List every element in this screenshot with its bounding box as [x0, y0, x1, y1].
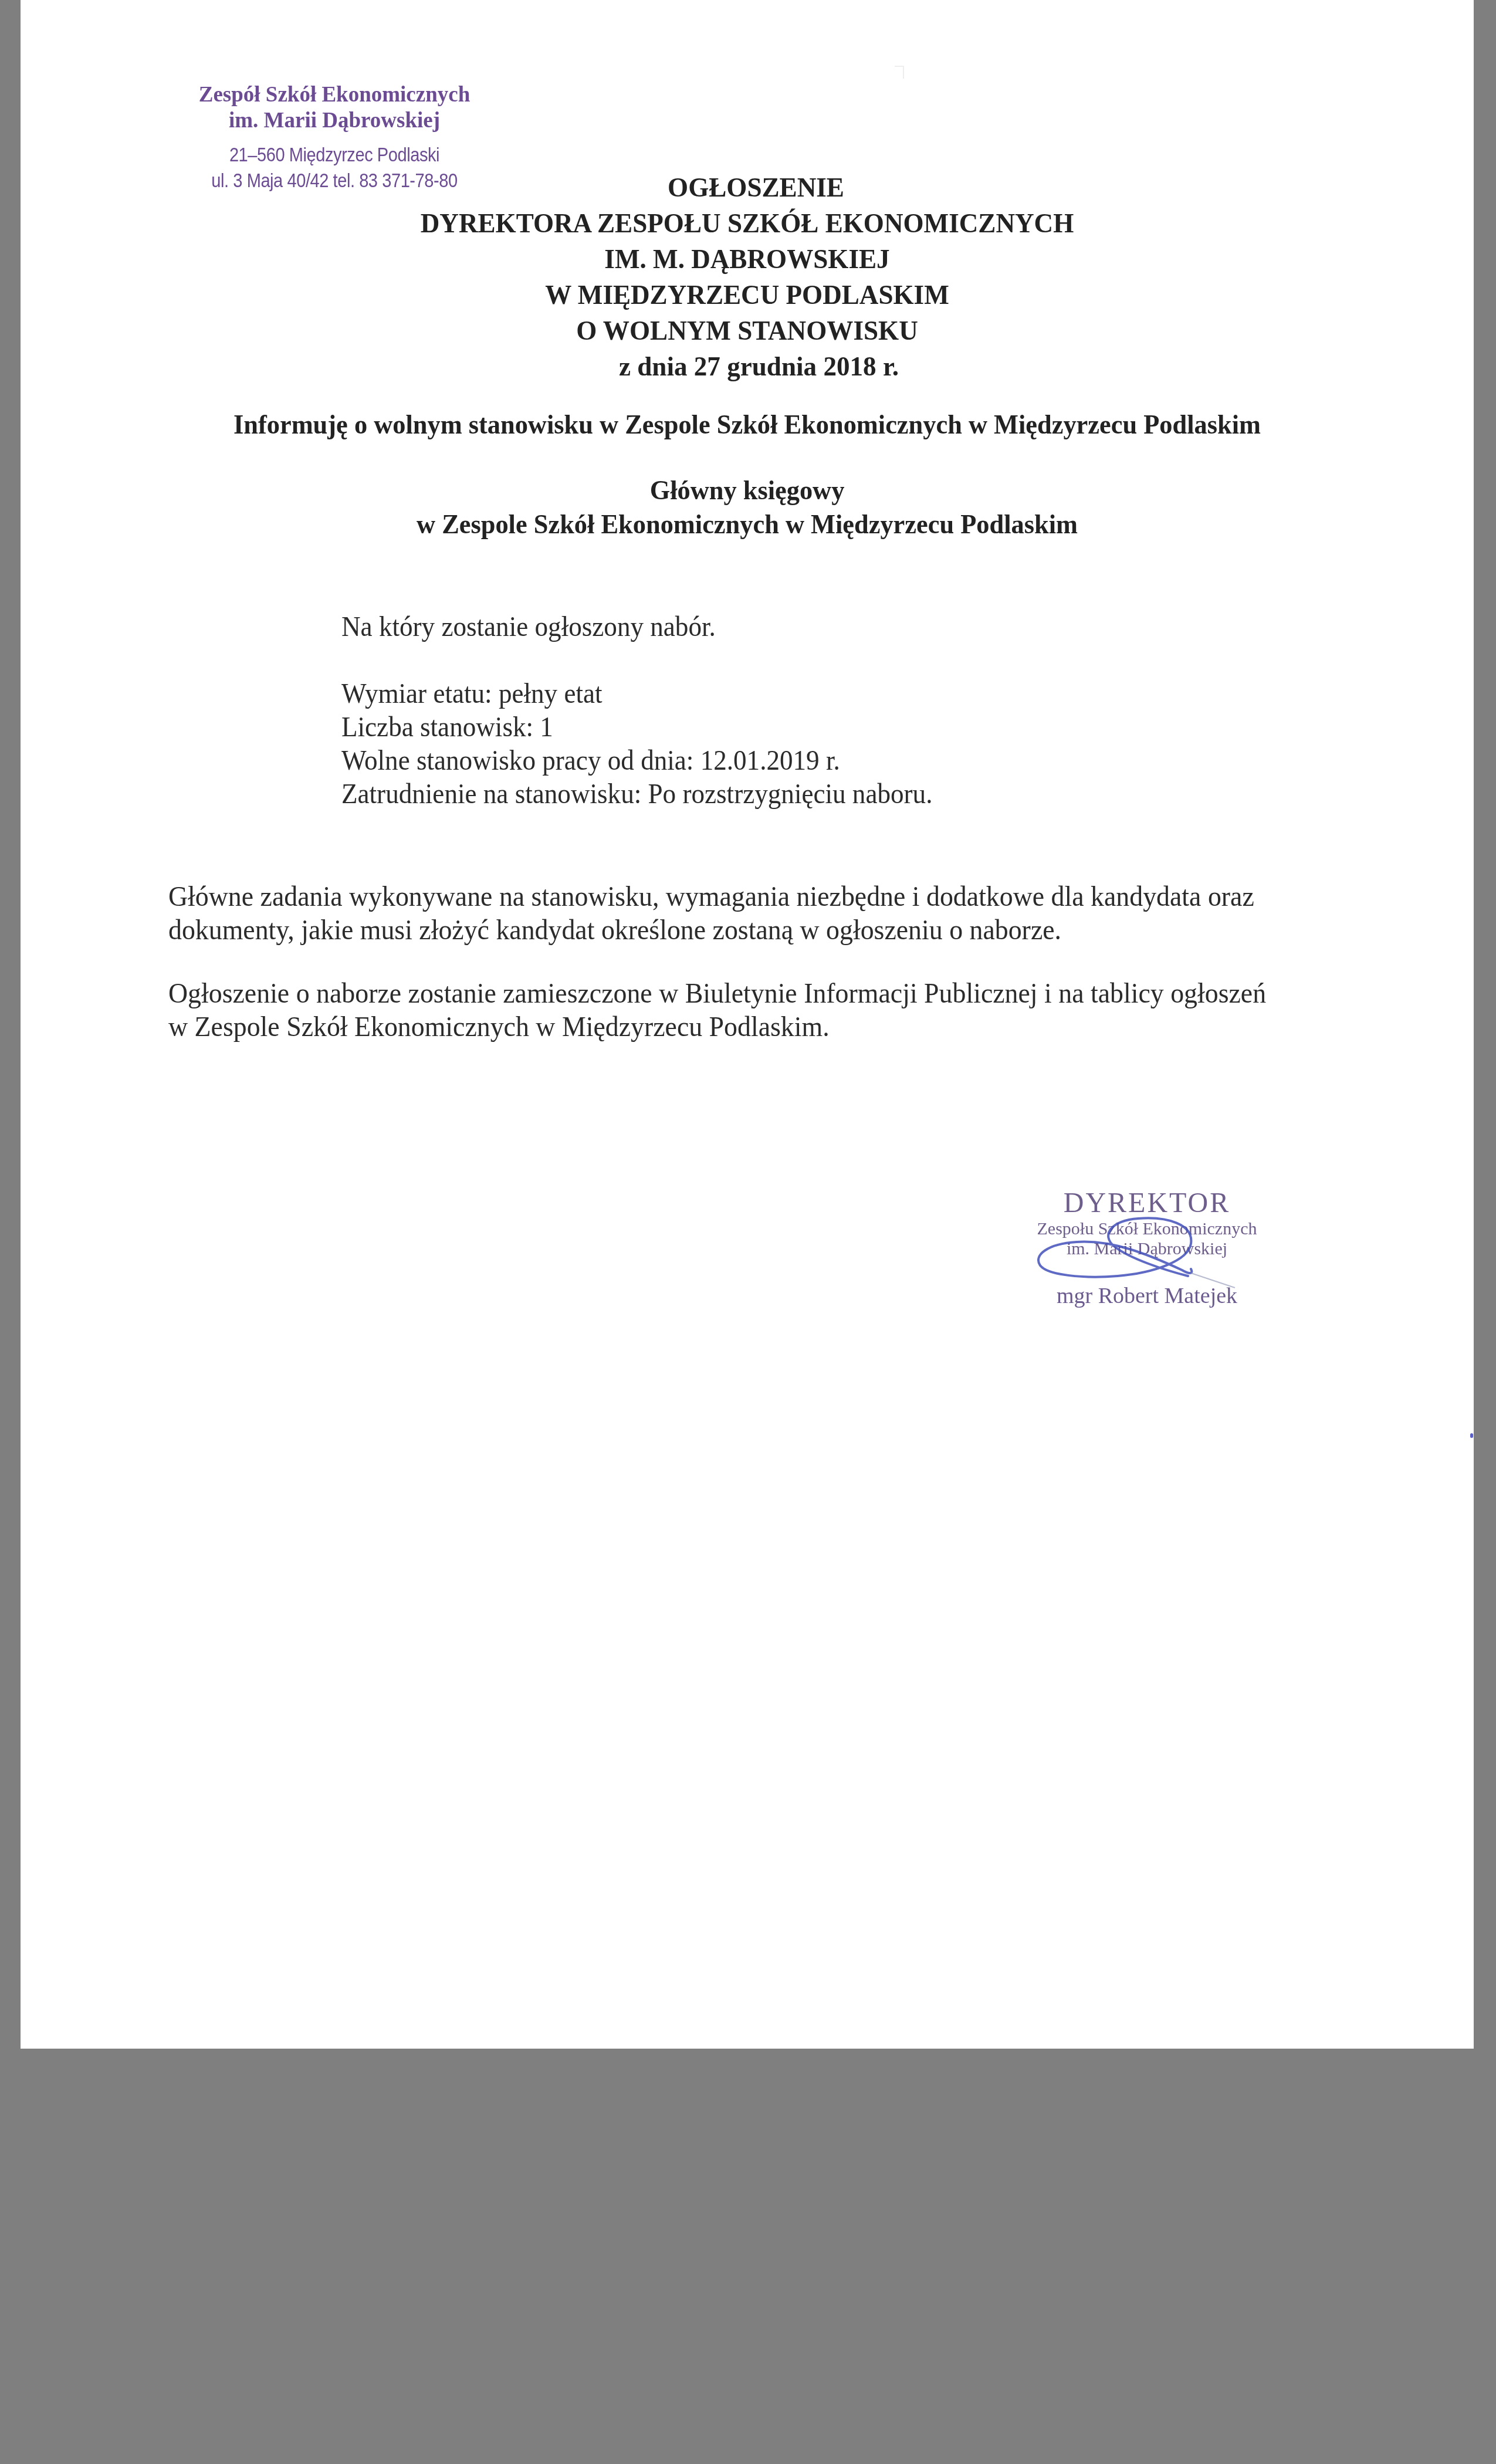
- paragraph-line: w Zespole Szkół Ekonomicznych w Międzyrz…: [168, 1010, 1266, 1044]
- detail-item: Zatrudnienie na stanowisku: Po rozstrzyg…: [341, 777, 932, 811]
- detail-item: Liczba stanowisk: 1: [341, 710, 932, 744]
- title-line: DYREKTORA ZESPOŁU SZKÓŁ EKONOMICZNYCH: [50, 206, 1445, 242]
- announcement-title: OGŁOSZENIE DYREKTORA ZESPOŁU SZKÓŁ EKONO…: [21, 170, 1474, 385]
- position-heading: Główny księgowy w Zespole Szkół Ekonomic…: [46, 473, 1448, 541]
- paragraph-publication: Ogłoszenie o naborze zostanie zamieszczo…: [168, 977, 1318, 1044]
- scan-mark: [895, 66, 904, 79]
- signatory-name: mgr Robert Matejek: [1012, 1283, 1282, 1309]
- title-line: OGŁOSZENIE: [67, 170, 1445, 206]
- paragraph-line: dokumenty, jakie musi złożyć kandydat ok…: [168, 913, 1254, 947]
- position-place: w Zespole Szkół Ekonomicznych w Międzyrz…: [46, 507, 1448, 541]
- signature-school: Zespołu Szkół Ekonomicznych: [1012, 1219, 1282, 1239]
- inform-line: Informuję o wolnym stanowisku w Zespole …: [46, 408, 1448, 442]
- title-line: IM. M. DĄBROWSKIEJ: [50, 242, 1445, 277]
- paragraph-requirements: Główne zadania wykonywane na stanowisku,…: [168, 880, 1305, 947]
- stamp-school-name: Zespół Szkół Ekonomicznych: [167, 82, 502, 108]
- signature-patron: im. Marii Dąbrowskiej: [1012, 1239, 1282, 1259]
- position-details: Na który zostanie ogłoszony nabór. Wymia…: [341, 610, 970, 811]
- title-line: W MIĘDZYRZECU PODLASKIM: [50, 277, 1445, 313]
- details-intro: Na który zostanie ogłoszony nabór.: [341, 610, 932, 644]
- document-page: Zespół Szkół Ekonomicznych im. Marii Dąb…: [21, 0, 1474, 2049]
- detail-item: Wymiar etatu: pełny etat: [341, 677, 932, 710]
- stamp-patron: im. Marii Dąbrowskiej: [167, 108, 502, 134]
- signature-stamp: DYREKTOR Zespołu Szkół Ekonomicznych im.…: [1012, 1188, 1282, 1323]
- ink-speck: [1470, 1433, 1473, 1438]
- announcement-date: z dnia 27 grudnia 2018 r.: [73, 349, 1446, 385]
- position-name: Główny księgowy: [46, 473, 1448, 507]
- paragraph-line: Ogłoszenie o naborze zostanie zamieszczo…: [168, 977, 1266, 1010]
- paragraph-line: Główne zadania wykonywane na stanowisku,…: [168, 880, 1254, 913]
- detail-item: Wolne stanowisko pracy od dnia: 12.01.20…: [341, 744, 932, 777]
- stamp-city: 21–560 Międzyrzec Podlaski: [187, 142, 482, 168]
- signature-title: DYREKTOR: [1012, 1188, 1282, 1219]
- title-line: O WOLNYM STANOWISKU: [50, 313, 1445, 349]
